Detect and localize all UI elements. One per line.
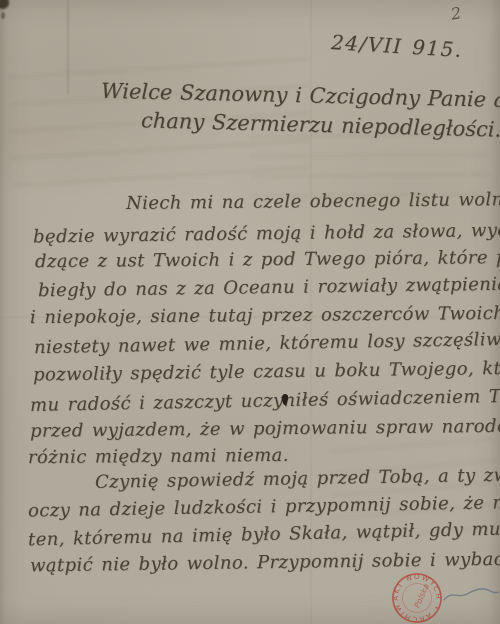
body-line: ten, któremu na imię było Skała, wątpił,… (28, 519, 500, 551)
pen-flourish (443, 584, 499, 606)
body-line: mu radość i zaszczyt uczyniłeś oświadcze… (30, 385, 500, 416)
body-line: różnic między nami niema. (28, 445, 289, 468)
body-line: biegły do nas z za Oceanu i rozwiały zwą… (38, 274, 500, 302)
body-line: dzące z ust Twoich i z pod Twego pióra, … (35, 247, 500, 272)
letter-page: 2 24/VII 915. Wielce Szanowny i Czcigodn… (0, 0, 500, 624)
corner-stain (1, 12, 5, 19)
body-line: Czynię spowiedź moją przed Tobą, a ty zw… (95, 464, 500, 493)
vertical-fold-crease (67, 0, 69, 95)
page-number-pencil-mark: 2 (449, 3, 462, 23)
body-line: i niepokoje, siane tutaj przez oszczercó… (30, 303, 500, 328)
date-line: 24/VII 915. (330, 30, 463, 62)
body-line: przed wyjazdem, że w pojmowaniu spraw na… (30, 415, 500, 442)
body-line: niestety nawet we mnie, któremu losy szc… (34, 329, 500, 358)
body-line: będzie wyrazić radość moją i hołd za sło… (33, 219, 500, 247)
body-line: pozwoliły spędzić tyle czasu u boku Twoj… (33, 357, 500, 385)
archive-stamp: AKT NOWYCH • ARCHIWUM • Polska (386, 570, 448, 624)
body-line: oczy na dzieje ludzkości i przypomnij so… (28, 491, 500, 521)
body-line: Niech mi na czele obecnego listu wolno (126, 189, 500, 214)
stamp-center-text: Polska (412, 582, 431, 609)
corner-stain (0, 0, 9, 9)
salutation-line-2: chany Szermierzu niepodległości. (141, 108, 500, 141)
